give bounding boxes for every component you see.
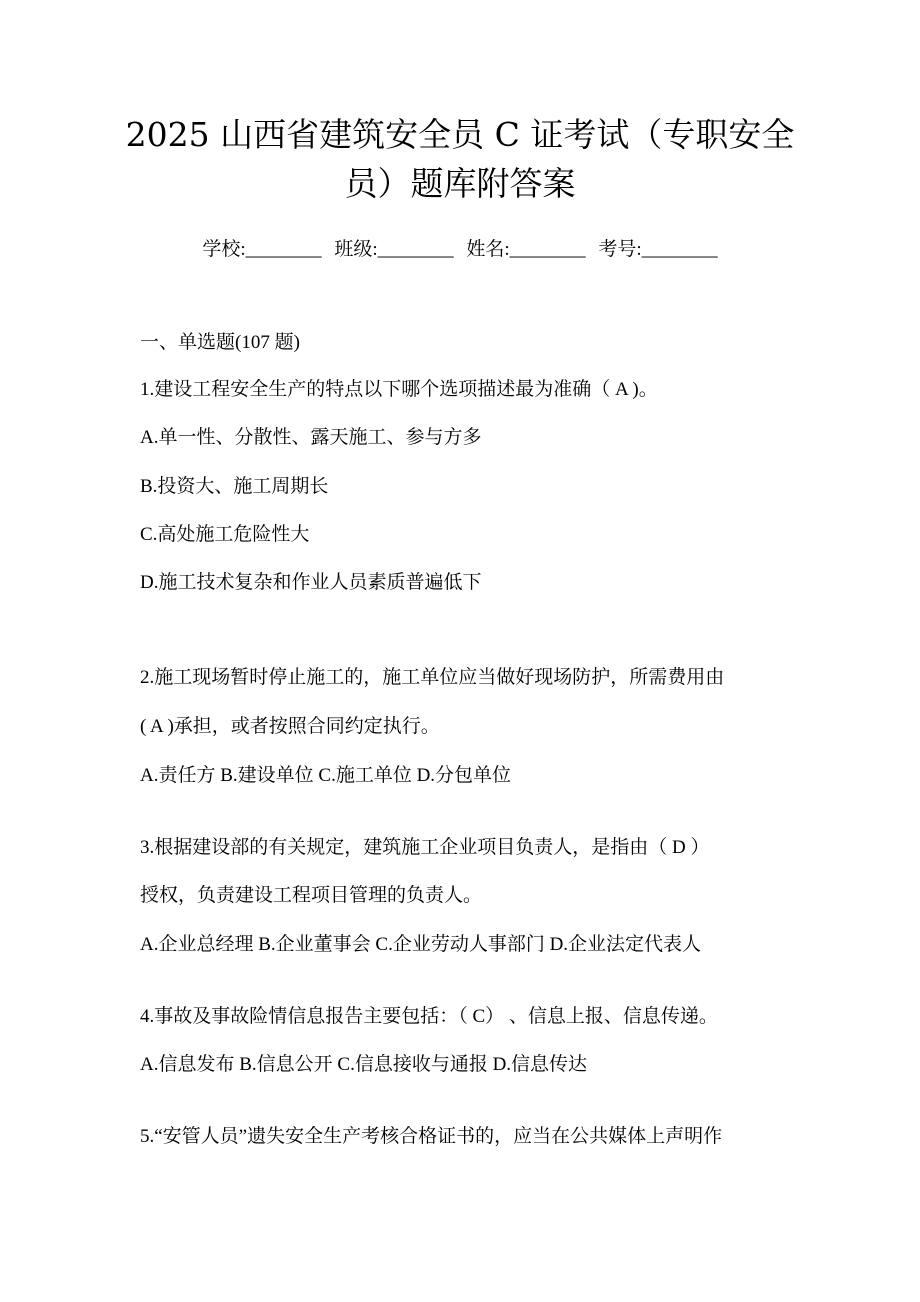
document-title-line-1: 2025 山西省建筑安全员 C 证考试（专职安全 — [0, 118, 920, 151]
question-5-stem: 5.“安管人员”遗失安全生产考核合格证书的，应当在公共媒体上声明作 — [140, 1127, 722, 1146]
question-4-options: A.信息发布 B.信息公开 C.信息接收与通报 D.信息传达 — [140, 1055, 587, 1074]
school-field: 学校:________ — [202, 239, 321, 260]
question-3-stem-line-1: 3.根据建设部的有关规定，建筑施工企业项目负责人，是指由（ D ） — [140, 838, 709, 857]
question-3-options: A.企业总经理 B.企业董事会 C.企业劳动人事部门 D.企业法定代表人 — [140, 935, 701, 954]
class-field: 班级:________ — [334, 239, 453, 260]
question-4-stem: 4.事故及事故险情信息报告主要包括：（ C） 、信息上报、信息传递。 — [140, 1007, 718, 1026]
question-1-option-a: A.单一性、分散性、露天施工、参与方多 — [140, 428, 481, 447]
exam-number-field: 考号:________ — [598, 239, 717, 260]
question-2-stem-line-1: 2.施工现场暂时停止施工的，施工单位应当做好现场防护，所需费用由 — [140, 668, 724, 687]
question-2-options: A.责任方 B.建设单位 C.施工单位 D.分包单位 — [140, 766, 511, 785]
question-2-stem-line-2: ( A )承担，或者按照合同约定执行。 — [140, 717, 440, 736]
question-1-option-b: B.投资大、施工周期长 — [140, 477, 328, 496]
question-3-stem-line-2: 授权，负责建设工程项目管理的负责人。 — [140, 886, 482, 905]
question-1-option-c: C.高处施工危险性大 — [140, 525, 309, 544]
document-title-line-2: 员）题库附答案 — [0, 167, 920, 200]
section-heading: 一、单选题(107 题) — [140, 333, 300, 352]
student-info-fields: 学校:________ 班级:________ 姓名:________ 考号:_… — [0, 240, 920, 259]
name-field: 姓名:________ — [466, 239, 585, 260]
question-1-stem: 1.建设工程安全生产的特点以下哪个选项描述最为准确（ A )。 — [140, 380, 658, 399]
question-1-option-d: D.施工技术复杂和作业人员素质普遍低下 — [140, 573, 481, 592]
